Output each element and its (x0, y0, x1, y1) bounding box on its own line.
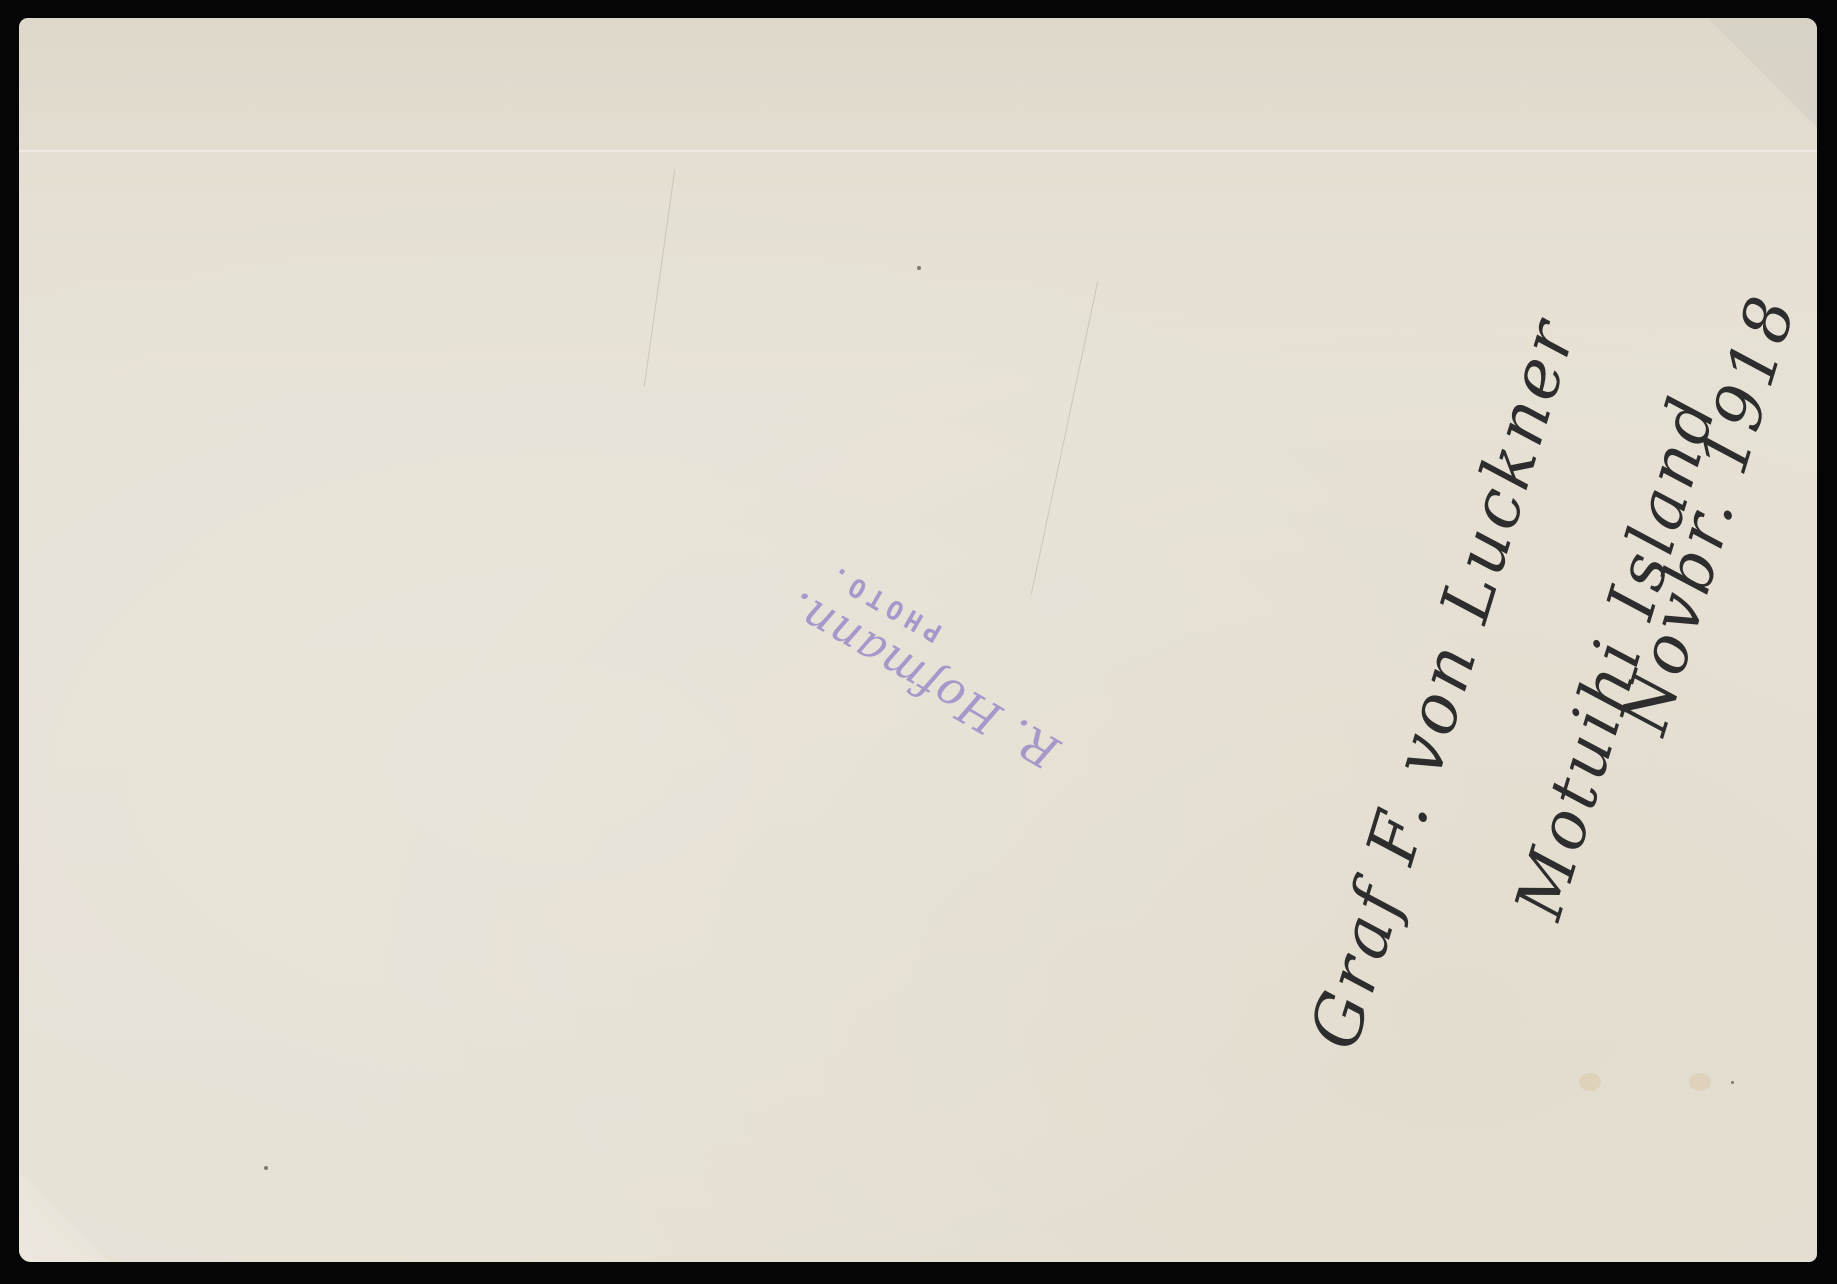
scan-background: R. Hofmann. PHOTO. Graf F. von Luckner M… (0, 0, 1837, 1284)
crease-line (19, 150, 1817, 152)
paper-stain (1579, 1073, 1601, 1091)
paper-speck (917, 266, 921, 270)
paper-scratch (644, 169, 676, 387)
paper-scratch (1031, 281, 1099, 594)
paper-speck (264, 1166, 268, 1170)
corner-fold (1697, 18, 1817, 138)
photo-card-back: R. Hofmann. PHOTO. (19, 18, 1817, 1262)
paper-stain (1689, 1073, 1711, 1091)
photographer-stamp: R. Hofmann. PHOTO. (677, 396, 1141, 779)
crease-shading (19, 18, 1817, 150)
corner-crack (19, 1132, 179, 1262)
paper-speck (1731, 1081, 1734, 1084)
